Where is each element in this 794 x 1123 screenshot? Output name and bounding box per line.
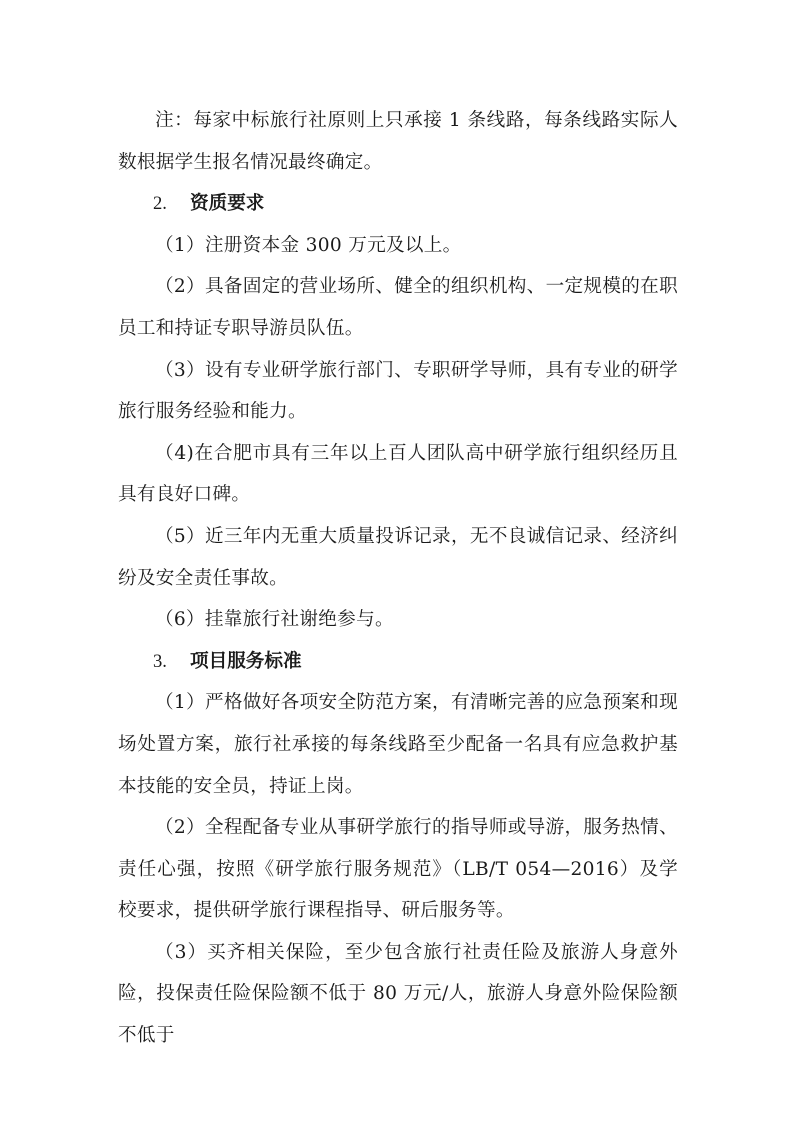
qualification-item-3: （3）设有专业研学旅行部门、专职研学导师，具有专业的研学旅行服务经验和能力。 bbox=[118, 350, 678, 433]
qualification-item-1: （1）注册资本金 300 万元及以上。 bbox=[118, 225, 678, 267]
qualification-item-4: （4)在合肥市具有三年以上百人团队高中研学旅行组织经历且具有良好口碑。 bbox=[118, 433, 678, 516]
note-paragraph: 注：每家中标旅行社原则上只承接 1 条线路，每条线路实际人数根据学生报名情况最终… bbox=[118, 100, 678, 183]
qualification-item-6: （6）挂靠旅行社谢绝参与。 bbox=[118, 599, 678, 641]
service-item-3: （3）买齐相关保险，至少包含旅行社责任险及旅游人身意外险，投保责任险保险额不低于… bbox=[118, 932, 678, 1057]
section-title: 项目服务标准 bbox=[190, 641, 302, 683]
qualification-item-5: （5）近三年内无重大质量投诉记录，无不良诚信记录、经济纠纷及安全责任事故。 bbox=[118, 516, 678, 599]
section-title: 资质要求 bbox=[190, 183, 264, 225]
section-number: 3. bbox=[153, 641, 190, 683]
section-heading-service-standards: 3. 项目服务标准 bbox=[118, 641, 678, 683]
document-page: 注：每家中标旅行社原则上只承接 1 条线路，每条线路实际人数根据学生报名情况最终… bbox=[118, 100, 678, 1057]
section-heading-qualifications: 2. 资质要求 bbox=[118, 183, 678, 225]
service-item-2: （2）全程配备专业从事研学旅行的指导师或导游，服务热情、责任心强，按照《研学旅行… bbox=[118, 807, 678, 932]
service-item-1: （1）严格做好各项安全防范方案，有清晰完善的应急预案和现场处置方案，旅行社承接的… bbox=[118, 682, 678, 807]
qualification-item-2: （2）具备固定的营业场所、健全的组织机构、一定规模的在职员工和持证专职导游员队伍… bbox=[118, 266, 678, 349]
section-number: 2. bbox=[153, 183, 190, 225]
